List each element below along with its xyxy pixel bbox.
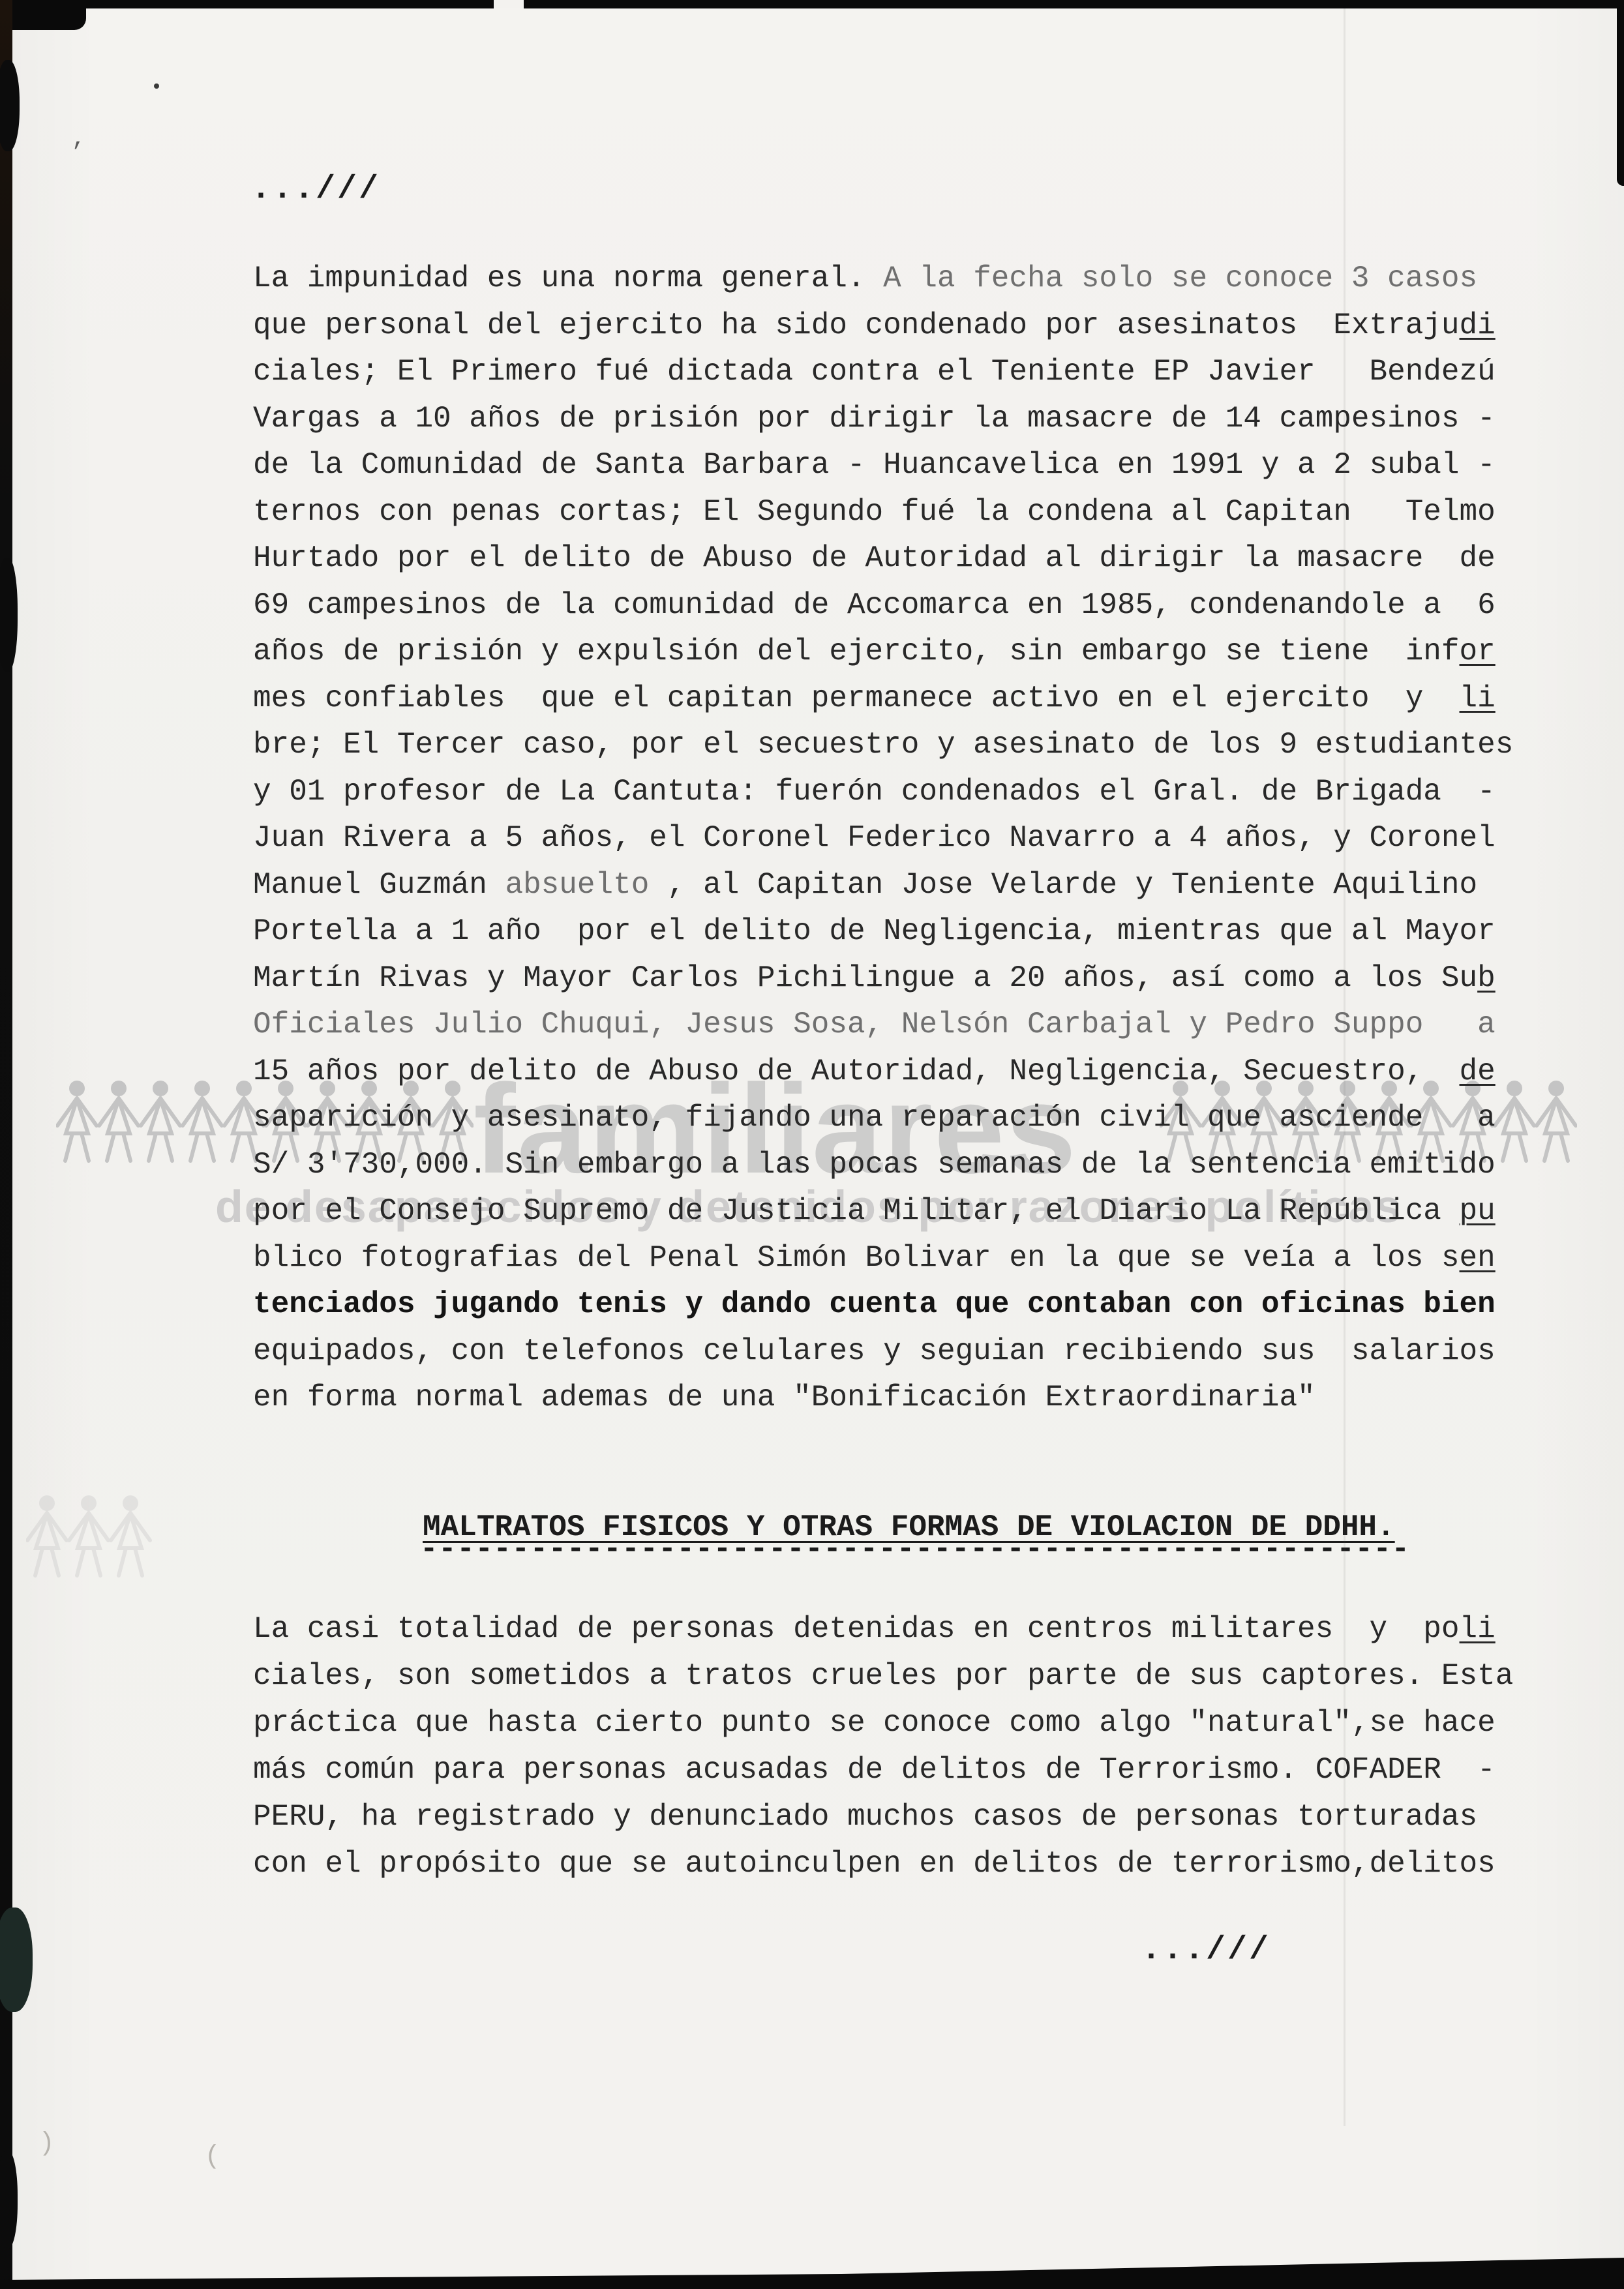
- text-line: Vargas a 10 años de prisión por dirigir …: [253, 396, 1513, 443]
- text-line: Manuel Guzmán absuelto , al Capitan Jose…: [253, 862, 1513, 909]
- text-line: Portella a 1 año por el delito de Neglig…: [253, 908, 1513, 955]
- text-line: S/ 3'730,000. Sin embargo a las pocas se…: [253, 1142, 1513, 1189]
- text-line: blico fotografias del Penal Simón Boliva…: [253, 1235, 1513, 1282]
- ink-speck: [154, 83, 159, 89]
- scanned-document-page: familiares de desaparecidos y detenidos …: [0, 0, 1624, 2289]
- text-line: mes confiables que el capitan permanece …: [253, 676, 1513, 723]
- pencil-mark: (: [207, 2140, 216, 2170]
- text-line: de la Comunidad de Santa Barbara - Huanc…: [253, 442, 1513, 489]
- scan-edge-left: [0, 0, 12, 2289]
- paper-crease-line: [1344, 0, 1346, 2126]
- text-line: práctica que hasta cierto punto se conoc…: [253, 1699, 1513, 1746]
- text-line: equipados, con telefonos celulares y seg…: [253, 1328, 1513, 1375]
- scan-edge-bottom: [0, 2243, 1624, 2289]
- text-line: ternos con penas cortas; El Segundo fué …: [253, 489, 1513, 536]
- heading-underline-dashes: ----------------------------------------…: [420, 1533, 1410, 1566]
- scan-edge-blob: [0, 1907, 33, 2012]
- text-line: tenciados jugando tenis y dando cuenta q…: [253, 1281, 1513, 1328]
- text-line: ciales; El Primero fué dictada contra el…: [253, 349, 1513, 396]
- text-line: ciales, son sometidos a tratos crueles p…: [253, 1653, 1513, 1699]
- text-line: más común para personas acusadas de deli…: [253, 1746, 1513, 1793]
- continuation-mark-bottom: ...///: [1141, 1932, 1271, 1969]
- scan-edge-blob: [0, 2151, 18, 2249]
- text-line: bre; El Tercer caso, por el secuestro y …: [253, 722, 1513, 769]
- scan-edge-blob: [0, 60, 20, 151]
- scan-edge-notch: [494, 0, 524, 8]
- text-line: Martín Rivas y Mayor Carlos Pichilingue …: [253, 955, 1513, 1002]
- pencil-mark: ): [43, 2127, 52, 2157]
- text-line: Juan Rivera a 5 años, el Coronel Federic…: [253, 815, 1513, 862]
- text-line: saparición y asesinato, fijando una repa…: [253, 1095, 1513, 1142]
- chain-of-people-icon: [26, 1493, 157, 1585]
- text-line: Hurtado por el delito de Abuso de Autori…: [253, 535, 1513, 582]
- paragraph-maltratos: La casi totalidad de personas detenidas …: [253, 1606, 1513, 1887]
- text-line: La casi totalidad de personas detenidas …: [253, 1606, 1513, 1653]
- scan-edge-right: [1617, 0, 1624, 186]
- text-line: La impunidad es una norma general. A la …: [253, 256, 1513, 303]
- text-line: 69 campesinos de la comunidad de Accomar…: [253, 582, 1513, 629]
- scan-edge-top: [0, 0, 1624, 8]
- continuation-mark-top: ...///: [251, 171, 380, 208]
- text-line: con el propósito que se autoinculpen en …: [253, 1840, 1513, 1887]
- text-line: en forma normal ademas de una "Bonificac…: [253, 1375, 1513, 1422]
- text-line: por el Consejo Supremo de Justicia Milit…: [253, 1188, 1513, 1235]
- ink-speck: ,: [72, 125, 86, 152]
- paragraph-impunidad: La impunidad es una norma general. A la …: [253, 256, 1513, 1422]
- scan-edge-corner: [0, 0, 86, 30]
- text-line: PERU, ha registrado y denunciado muchos …: [253, 1793, 1513, 1840]
- text-line: Oficiales Julio Chuqui, Jesus Sosa, Nels…: [253, 1002, 1513, 1049]
- scan-edge-blob: [0, 558, 18, 672]
- text-line: 15 años por delito de Abuso de Autoridad…: [253, 1049, 1513, 1096]
- text-line: años de prisión y expulsión del ejercito…: [253, 629, 1513, 676]
- text-line: y 01 profesor de La Cantuta: fuerón cond…: [253, 769, 1513, 816]
- text-line: que personal del ejercito ha sido conden…: [253, 303, 1513, 350]
